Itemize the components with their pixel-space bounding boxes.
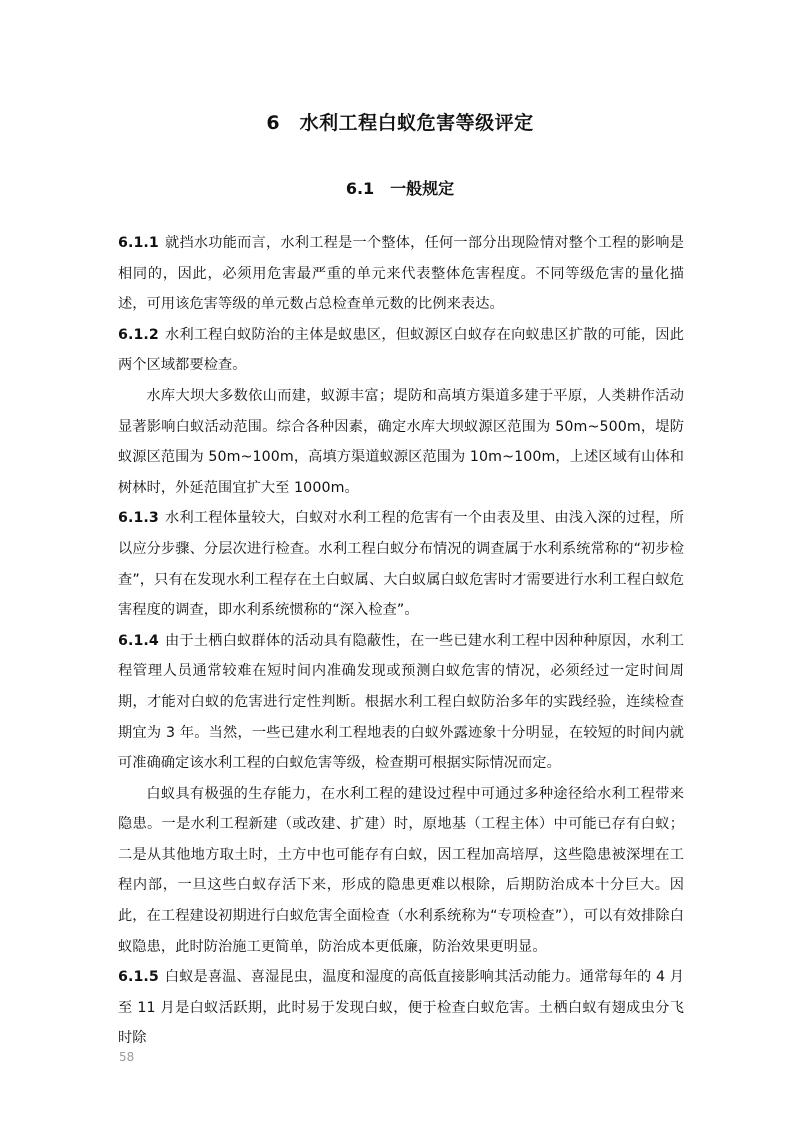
clause-6-1-5: 6.1.5白蚁是喜温、喜湿昆虫，温度和湿度的高低直接影响其活动能力。通常每年的 … xyxy=(118,962,684,1054)
paragraph-survival: 白蚁具有极强的生存能力，在水利工程的建设过程中可通过多种途径给水利工程带来隐患。… xyxy=(118,779,684,963)
paragraph-text: 白蚁具有极强的生存能力，在水利工程的建设过程中可通过多种途径给水利工程带来隐患。… xyxy=(118,786,684,955)
document-page: 6 水利工程白蚁危害等级评定 6.1 一般规定 6.1.1就挡水功能而言，水利工… xyxy=(0,0,800,1130)
clause-text: 白蚁是喜温、喜湿昆虫，温度和湿度的高低直接影响其活动能力。通常每年的 4 月至 … xyxy=(118,969,684,1046)
section-title: 6.1 一般规定 xyxy=(0,176,800,199)
document-body: 6.1.1就挡水功能而言，水利工程是一个整体，任何一部分出现险情对整个工程的影响… xyxy=(118,228,684,1054)
paragraph-source-area: 水库大坝大多数依山而建，蚁源丰富；堤防和高填方渠道多建于平原，人类耕作活动显著影… xyxy=(118,381,684,503)
clause-number: 6.1.1 xyxy=(118,235,159,251)
page-number: 58 xyxy=(119,1050,134,1064)
clause-6-1-1: 6.1.1就挡水功能而言，水利工程是一个整体，任何一部分出现险情对整个工程的影响… xyxy=(118,228,684,320)
clause-6-1-2: 6.1.2水利工程白蚁防治的主体是蚁患区，但蚁源区白蚁存在向蚁患区扩散的可能，因… xyxy=(118,320,684,381)
clause-text: 水利工程白蚁防治的主体是蚁患区，但蚁源区白蚁存在向蚁患区扩散的可能，因此两个区域… xyxy=(118,327,684,374)
clause-text: 就挡水功能而言，水利工程是一个整体，任何一部分出现险情对整个工程的影响是相同的，… xyxy=(118,235,684,312)
clause-number: 6.1.2 xyxy=(118,327,159,343)
clause-number: 6.1.4 xyxy=(118,633,159,649)
clause-number: 6.1.3 xyxy=(118,510,159,526)
paragraph-text: 水库大坝大多数依山而建，蚁源丰富；堤防和高填方渠道多建于平原，人类耕作活动显著影… xyxy=(118,388,684,496)
clause-6-1-3: 6.1.3水利工程体量较大，白蚁对水利工程的危害有一个由表及里、由浅入深的过程，… xyxy=(118,503,684,625)
clause-text: 由于土栖白蚁群体的活动具有隐蔽性，在一些已建水利工程中因种种原因，水利工程管理人… xyxy=(118,633,684,771)
clause-number: 6.1.5 xyxy=(118,969,159,985)
chapter-title: 6 水利工程白蚁危害等级评定 xyxy=(0,108,800,135)
clause-6-1-4: 6.1.4由于土栖白蚁群体的活动具有隐蔽性，在一些已建水利工程中因种种原因，水利… xyxy=(118,626,684,779)
clause-text: 水利工程体量较大，白蚁对水利工程的危害有一个由表及里、由浅入深的过程，所以应分步… xyxy=(118,510,684,618)
